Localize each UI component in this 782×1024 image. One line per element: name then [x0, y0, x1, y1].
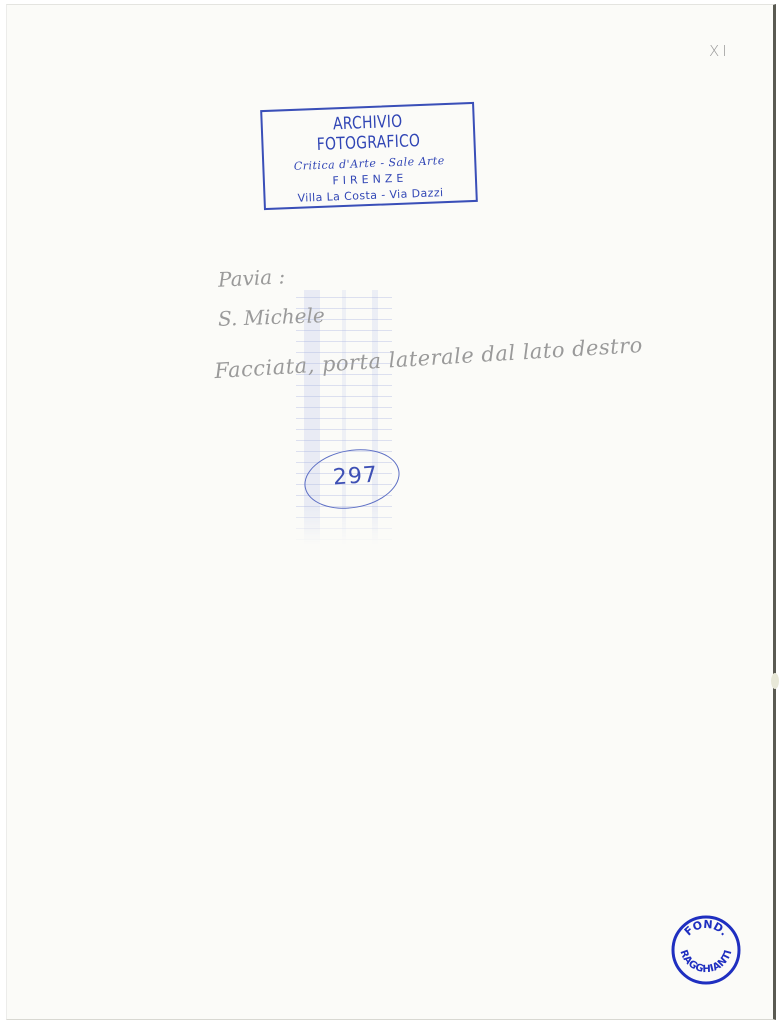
- fond-ragghianti-round-stamp-icon: FOND. RAGGHIANTI: [670, 914, 742, 986]
- archivio-fotografico-stamp: ARCHIVIO FOTOGRAFICO Critica d'Arte - Sa…: [260, 102, 478, 210]
- inventory-number: 297: [332, 462, 379, 490]
- handwritten-city: Pavia :: [217, 264, 285, 291]
- paper-edge-mark: [771, 673, 779, 689]
- svg-text:RAGGHIANTI: RAGGHIANTI: [677, 949, 734, 976]
- handwritten-church: S. Michele: [218, 303, 326, 331]
- stamp-title: ARCHIVIO FOTOGRAFICO: [281, 110, 455, 157]
- corner-roman-numeral: XI: [709, 42, 730, 60]
